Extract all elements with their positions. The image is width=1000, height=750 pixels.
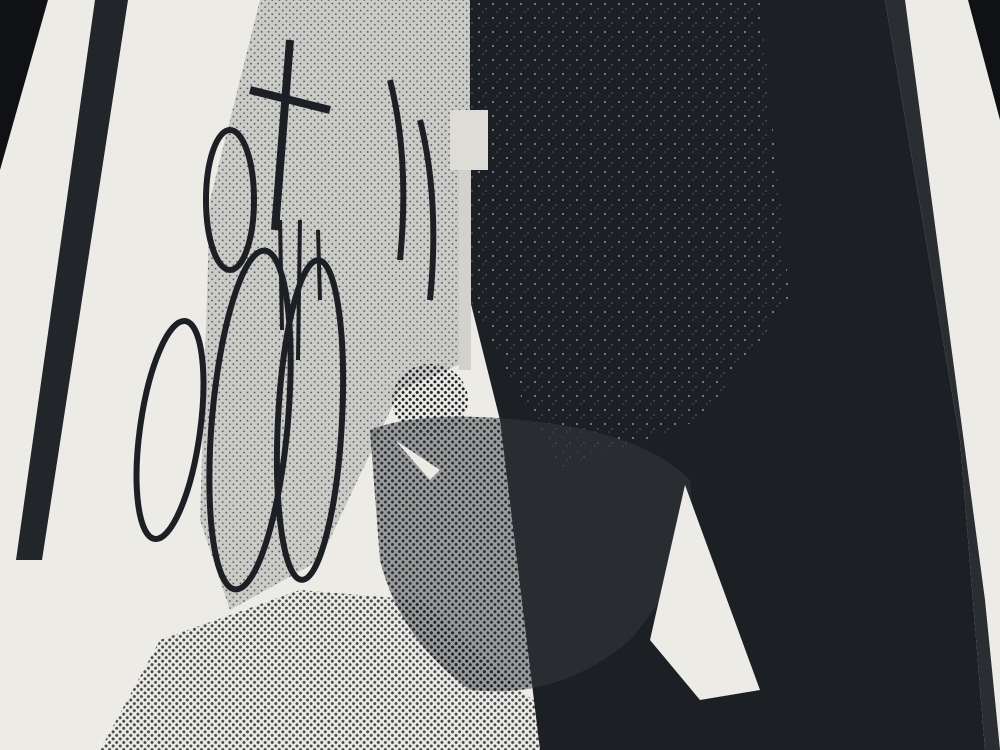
wall-sign <box>450 110 488 170</box>
photo-canvas <box>0 0 1000 750</box>
sign-pole <box>459 170 471 370</box>
